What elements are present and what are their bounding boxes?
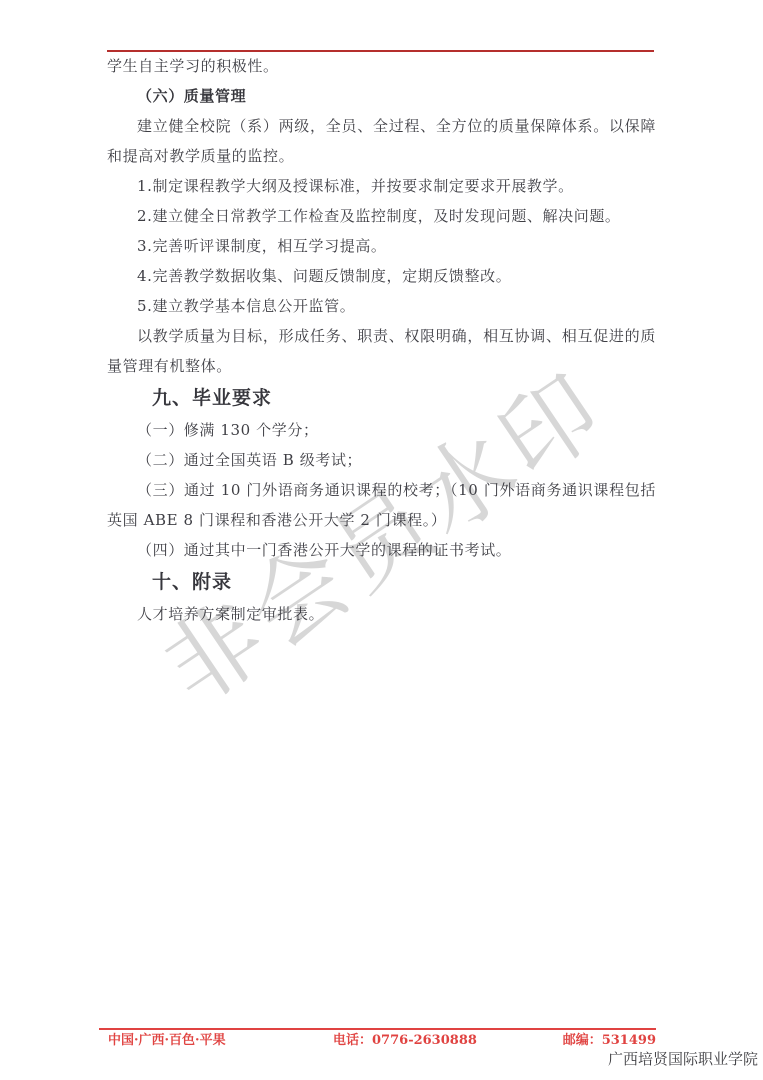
footer-phone-label: 电话： <box>333 1033 372 1048</box>
graduation-requirement-4: （四）通过其中一门香港公开大学的课程的证书考试。 <box>107 535 656 565</box>
appendix-paragraph: 人才培养方案制定审批表。 <box>107 599 656 629</box>
quality-intro-paragraph: 建立健全校院（系）两级，全员、全过程、全方位的质量保障体系。以保障和提高对教学质… <box>107 111 656 171</box>
institution-name: 广西培贤国际职业学院 <box>608 1050 758 1069</box>
section-heading-quality: （六）质量管理 <box>107 81 656 111</box>
footer-postal-label: 邮编： <box>563 1033 602 1048</box>
graduation-requirement-2: （二）通过全国英语 B 级考试； <box>107 445 656 475</box>
section-heading-appendix: 十、附录 <box>107 565 656 599</box>
quality-list-item-4: 4.完善教学数据收集、问题反馈制度，定期反馈整改。 <box>107 261 656 291</box>
document-content: 学生自主学习的积极性。 （六）质量管理 建立健全校院（系）两级，全员、全过程、全… <box>107 51 656 629</box>
quality-summary-paragraph: 以教学质量为目标，形成任务、职责、权限明确，相互协调、相互促进的质量管理有机整体… <box>107 321 656 381</box>
graduation-requirement-3: （三）通过 10 门外语商务通识课程的校考；（10 门外语商务通识课程包括英国 … <box>107 475 656 535</box>
paragraph-continuation: 学生自主学习的积极性。 <box>107 51 656 81</box>
quality-list-item-5: 5.建立教学基本信息公开监管。 <box>107 291 656 321</box>
footer-phone: 电话：0776-2630888 <box>333 1033 477 1049</box>
footer-postal: 邮编：531499 <box>563 1033 656 1049</box>
document-page: 非会员水印 学生自主学习的积极性。 （六）质量管理 建立健全校院（系）两级，全员… <box>0 0 763 1080</box>
footer-postal-code: 531499 <box>602 1033 656 1048</box>
footer-divider-line <box>99 1028 656 1030</box>
quality-list-item-2: 2.建立健全日常教学工作检查及监控制度，及时发现问题、解决问题。 <box>107 201 656 231</box>
header-divider-line <box>107 50 654 52</box>
section-heading-graduation: 九、毕业要求 <box>107 381 656 415</box>
quality-list-item-3: 3.完善听评课制度，相互学习提高。 <box>107 231 656 261</box>
footer-location: 中国·广西·百色·平果 <box>108 1033 226 1049</box>
footer-phone-number: 0776-2630888 <box>372 1033 477 1048</box>
quality-list-item-1: 1.制定课程教学大纲及授课标准，并按要求制定要求开展教学。 <box>107 171 656 201</box>
graduation-requirement-1: （一）修满 130 个学分； <box>107 415 656 445</box>
